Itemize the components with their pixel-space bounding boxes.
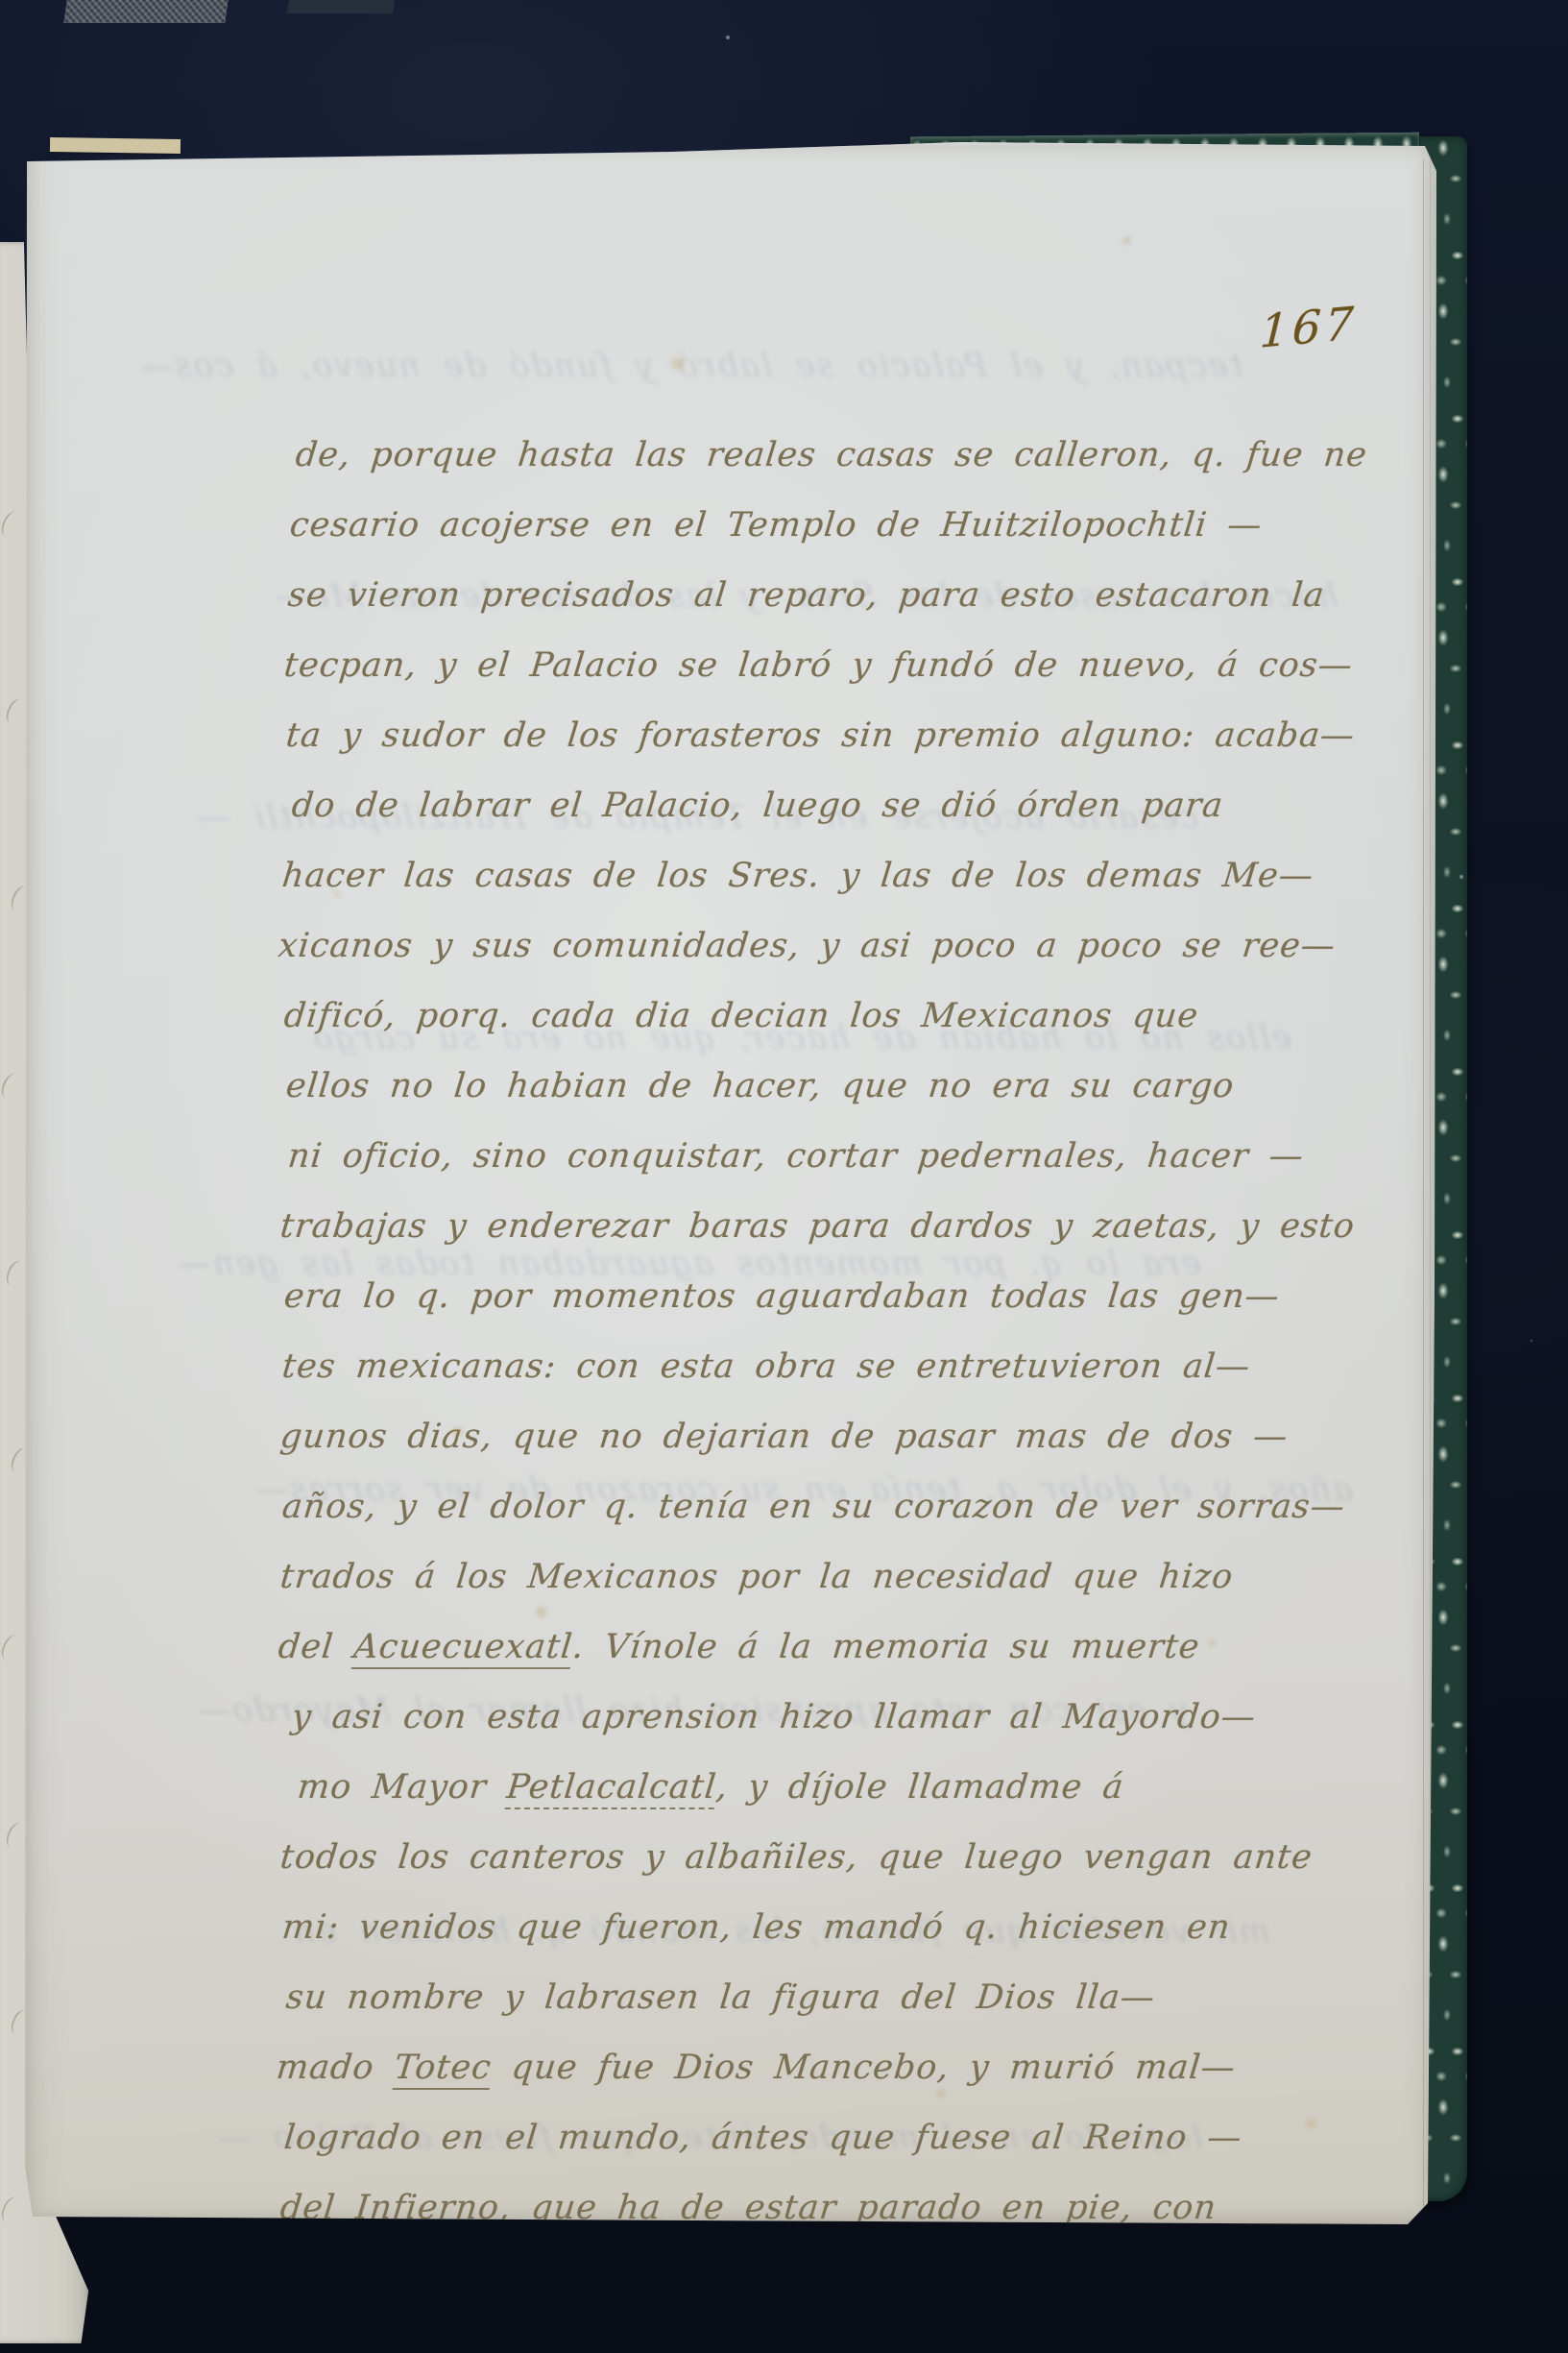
manuscript-line: su nombre y labrasen la figura del Dios …: [267, 1963, 1417, 2033]
manuscript-line: era lo q. por momentos aguardaban todas …: [267, 1262, 1417, 1332]
manuscript-line: gunos dias, que no dejarian de pasar mas…: [267, 1402, 1417, 1472]
underlined-word: Acuecuexatl: [351, 1628, 574, 1669]
ghost-stroke: tecpan, y el Palacio se labró y fundó de…: [136, 347, 1245, 385]
manuscript-line: años, y el dolor q. tenía en su corazon …: [267, 1472, 1417, 1542]
manuscript-line: de, porque hasta las reales casas se cal…: [267, 421, 1417, 491]
archive-stamp-show-through: ARCHIVO HISTORICO DEL I. N. A. H.: [549, 2259, 1049, 2284]
manuscript-line: ta y sudor de los forasteros sin premio …: [267, 701, 1417, 771]
manuscript-line: dificó, porq. cada dia decian los Mexica…: [267, 982, 1417, 1052]
previous-page-writing-trace: [0, 1071, 24, 1102]
manuscript-line: trabajas y enderezar baras para dardos y…: [267, 1192, 1417, 1262]
manuscript-line: hacer las casas de los Sres. y las de lo…: [267, 841, 1417, 911]
manuscript-line: todos los canteros y albañiles, que lueg…: [267, 1823, 1417, 1893]
previous-page-writing-trace: [3, 1820, 29, 1851]
manuscript-line: do de labrar el Palacio, luego se dió ór…: [267, 771, 1417, 841]
manuscript-line: cesario acojerse en el Templo de Huitzil…: [267, 491, 1417, 561]
previous-page-writing-trace: [0, 1633, 24, 1663]
previous-page-writing-trace: [3, 1258, 29, 1289]
manuscript-line: ellos no lo habian de hacer, que no era …: [267, 1052, 1417, 1122]
manuscript-line: ni oficio, sino conquistar, cortar peder…: [267, 1122, 1417, 1192]
manuscript-line: del Acuecuexatl. Vínole á la memoria su …: [267, 1613, 1417, 1683]
manuscript-line: mo Mayor Petlacalcatl, y díjole llamadme…: [267, 1753, 1417, 1823]
underlined-word: Totec: [392, 2049, 494, 2090]
binding-fabric-patch: [63, 0, 228, 23]
handwritten-text-block: de, porque hasta las reales casas se cal…: [271, 421, 1413, 2244]
page-edge-tab: [50, 137, 181, 154]
manuscript-line: tes mexicanas: con esta obra se entretuv…: [267, 1332, 1417, 1402]
previous-page-writing-trace: [0, 2195, 24, 2225]
page-stack-edge-lines: [1423, 159, 1431, 2222]
manuscript-line: logrado en el mundo, ántes que fuese al …: [267, 2103, 1417, 2173]
manuscript-page: 167 tecpan, y el Palacio se labró y fund…: [23, 140, 1438, 2230]
underlined-word: Petlacalcatl: [504, 1768, 718, 1809]
manuscript-line: mado Totec que fue Dios Mancebo, y murió…: [267, 2033, 1417, 2103]
manuscript-line: xicanos y sus comunidades, y asi poco a …: [267, 911, 1417, 982]
dust-specks: [0, 0, 2, 2]
manuscript-line: y asi con esta aprension hizo llamar al …: [267, 1683, 1417, 1753]
manuscript-line: se vieron precisados al reparo, para est…: [267, 561, 1417, 631]
binding-shadow-patch: [287, 0, 395, 13]
manuscript-line: del Infierno, que ha de estar parado en …: [267, 2173, 1417, 2244]
photograph-of-manuscript: { "document": { "type": "bound-manuscrip…: [0, 0, 1568, 2353]
previous-page-writing-trace: [0, 509, 24, 540]
folio-number: 167: [1259, 297, 1359, 358]
manuscript-line: mi: venidos que fueron, les mandó q. hic…: [267, 1893, 1417, 1963]
previous-page-writing-trace: [3, 696, 29, 727]
manuscript-line: tecpan, y el Palacio se labró y fundó de…: [267, 631, 1417, 701]
foxing-spots: [23, 140, 24, 141]
manuscript-line: trados á los Mexicanos por la necesidad …: [267, 1542, 1417, 1613]
